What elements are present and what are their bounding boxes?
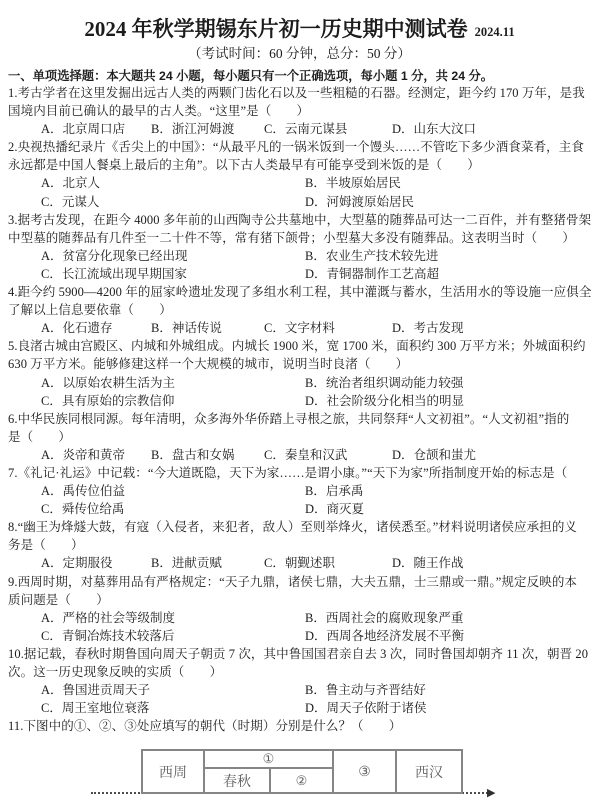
question-10-option-A: A．鲁国进贡周天子 bbox=[41, 681, 305, 699]
question-5-options-row: C．具有原始的宗教信仰D．社会阶级分化相当的明显 bbox=[8, 392, 591, 410]
question-1-text-line-2: 国境内目前已确认的最早的古人类。“这里”是（ ） bbox=[8, 102, 591, 120]
question-8-option-D: D．随王作战 bbox=[392, 554, 591, 572]
question-3-option-C: C．长江流域出现早期国家 bbox=[41, 265, 305, 283]
question-2-option-D: D．河姆渡原始居民 bbox=[305, 193, 591, 211]
question-5-options-row: A．以原始农耕生活为主B．统治者组织调动能力较强 bbox=[8, 374, 591, 392]
exam-page: 2024 年秋学期锡东片初一历史期中测试卷2024.11 （考试时间：60 分钟… bbox=[0, 0, 599, 808]
question-5-option-C: C．具有原始的宗教信仰 bbox=[41, 392, 305, 410]
question-2-text-line-2: 永远都是中国人餐桌上最后的主角”。以下古人类最早有可能享受到米饭的是（ ） bbox=[8, 156, 591, 174]
question-2-options-row: C．元谋人D．河姆渡原始居民 bbox=[8, 193, 591, 211]
timeline-arrow-icon: ▶ bbox=[487, 786, 495, 799]
question-9-text-line-1: 9.西周时期，对墓葬用品有严格规定：“天子九鼎，诸侯七鼎，大夫五鼎，士三鼎或一鼎… bbox=[8, 573, 591, 591]
question-4-text-line-2: 了解以上信息要依靠（ ） bbox=[8, 301, 591, 319]
question-4-option-C: C．文字材料 bbox=[264, 319, 392, 337]
question-1-option-D: D．山东大汶口 bbox=[392, 120, 591, 138]
timeline-box-xizhou: 西周 bbox=[141, 749, 205, 794]
question-9-option-D: D．西周各地经济发展不平衡 bbox=[305, 627, 591, 645]
question-3-text-line-1: 3.据考古发现，在距今 4000 多年前的山西陶寺公共墓地中，大型墓的随葬品可达… bbox=[8, 211, 591, 229]
question-3-options-row: A．贫富分化现象已经出现B．农业生产技术较先进 bbox=[8, 247, 591, 265]
question-7-option-A: A．禹传位伯益 bbox=[41, 482, 305, 500]
title-date: 2024.11 bbox=[475, 25, 515, 39]
question-7-option-C: C．舜传位给禹 bbox=[41, 500, 305, 518]
question-3-options-row: C．长江流域出现早期国家D．青铜器制作工艺高超 bbox=[8, 265, 591, 283]
question-4-option-B: B．神话传说 bbox=[151, 319, 264, 337]
question-7-options-row: A．禹传位伯益B．启承禹 bbox=[8, 482, 591, 500]
question-2-option-B: B．半坡原始居民 bbox=[305, 174, 591, 192]
question-6-options-row: A．炎帝和黄帝B．盘古和女娲C．秦皇和汉武D．仓颉和蚩尤 bbox=[8, 446, 591, 464]
question-10-option-D: D．周天子依附于诸侯 bbox=[305, 699, 591, 717]
question-2-option-C: C．元谋人 bbox=[41, 193, 305, 211]
question-9-text-line-2: 质问题是（ ） bbox=[8, 591, 591, 609]
question-8-option-C: C．朝觐述职 bbox=[264, 554, 392, 572]
timeline-cell-chunqiu: 春秋 bbox=[205, 769, 271, 792]
question-6-option-D: D．仓颉和蚩尤 bbox=[392, 446, 591, 464]
question-2-option-A: A．北京人 bbox=[41, 174, 305, 192]
question-4-option-D: D．考古发现 bbox=[392, 319, 591, 337]
title-text: 2024 年秋学期锡东片初一历史期中测试卷 bbox=[84, 17, 467, 41]
question-6-option-C: C．秦皇和汉武 bbox=[264, 446, 392, 464]
question-8-option-A: A．定期服役 bbox=[41, 554, 151, 572]
question-9-options-row: A．严格的社会等级制度B．西周社会的腐败现象严重 bbox=[8, 609, 591, 627]
timeline-label-xihan: 西汉 bbox=[415, 762, 443, 782]
question-7-text-line-1: 7.《礼记·礼运》中记载：“今大道既隐，天下为家……是谓小康。”“天下为家”所指… bbox=[8, 464, 591, 482]
question-9-option-C: C．青铜冶炼技术较落后 bbox=[41, 627, 305, 645]
question-8-text-line-1: 8.“幽王为烽燧大鼓，有寇（入侵者，来犯者，敌人）至则举烽火，诸侯悉至。”材料说… bbox=[8, 518, 591, 536]
timeline-label-xizhou: 西周 bbox=[159, 762, 187, 782]
question-11-text-line-1: 11.下图中的①、②、③处应填写的朝代（时期）分别是什么？（ ） bbox=[8, 717, 591, 735]
question-4-text-line-1: 4.距今约 5900—4200 年的屈家岭遗址发现了多组水利工程，其中灌溉与蓄水… bbox=[8, 283, 591, 301]
question-10-options-row: A．鲁国进贡周天子B．鲁主动与齐晋结好 bbox=[8, 681, 591, 699]
question-1-text-line-1: 1.考古学者在这里发掘出远古人类的两颗门齿化石以及一些粗糙的石器。经测定，距今约… bbox=[8, 84, 591, 102]
timeline-label-blank-3: ③ bbox=[358, 763, 371, 780]
question-4-options-row: A．化石遗存B．神话传说C．文字材料D．考古发现 bbox=[8, 319, 591, 337]
question-2-options-row: A．北京人B．半坡原始居民 bbox=[8, 174, 591, 192]
question-8-options-row: A．定期服役B．进献贡赋C．朝觐述职D．随王作战 bbox=[8, 554, 591, 572]
question-7-options-row: C．舜传位给禹D．商灭夏 bbox=[8, 500, 591, 518]
question-9-option-B: B．西周社会的腐败现象严重 bbox=[305, 609, 591, 627]
question-8-text-line-2: 务是（ ） bbox=[8, 536, 591, 554]
question-1-option-C: C．云南元谋县 bbox=[264, 120, 392, 138]
question-6-text-line-2: 是（ ） bbox=[8, 428, 591, 446]
timeline-box-middle: ① 春秋 ② bbox=[203, 749, 334, 794]
question-10-option-C: C．周王室地位衰落 bbox=[41, 699, 305, 717]
question-7-option-D: D．商灭夏 bbox=[305, 500, 591, 518]
question-5-option-B: B．统治者组织调动能力较强 bbox=[305, 374, 591, 392]
question-5-text-line-2: 630 万平方米。能够修建这样一个大规模的城市，说明当时良渚（ ） bbox=[8, 355, 591, 373]
question-7-option-B: B．启承禹 bbox=[305, 482, 591, 500]
question-10-option-B: B．鲁主动与齐晋结好 bbox=[305, 681, 591, 699]
question-5-option-D: D．社会阶级分化相当的明显 bbox=[305, 392, 591, 410]
timeline-cell-blank-1: ① bbox=[205, 751, 332, 769]
question-8-option-B: B．进献贡赋 bbox=[151, 554, 264, 572]
section-heading: 一、单项选择题：本大题共 24 小题，每小题只有一个正确选项，每小题 1 分，共… bbox=[8, 68, 591, 84]
timeline-middle-bottom-row: 春秋 ② bbox=[205, 769, 332, 792]
question-10-text-line-1: 10.据记载，春秋时期鲁国向周天子朝贡 7 次，其中鲁国国君亲自去 3 次，同时… bbox=[8, 645, 591, 663]
question-9-option-A: A．严格的社会等级制度 bbox=[41, 609, 305, 627]
question-6-text-line-1: 6.中华民族同根同源。每年清明，众多海外华侨踏上寻根之旅，共同祭拜“人文初祖”。… bbox=[8, 410, 591, 428]
question-10-options-row: C．周王室地位衰落D．周天子依附于诸侯 bbox=[8, 699, 591, 717]
question-1-options-row: A．北京周口店B．浙江河姆渡C．云南元谋县D．山东大汶口 bbox=[8, 120, 591, 138]
question-3-option-B: B．农业生产技术较先进 bbox=[305, 247, 591, 265]
question-1-option-A: A．北京周口店 bbox=[41, 120, 151, 138]
question-3-text-line-2: 中型墓的随葬品有几件至一二十件不等，常有猪下颌骨；小型墓大多没有随葬品。这表明当… bbox=[8, 229, 591, 247]
questions-list: 1.考古学者在这里发掘出远古人类的两颗门齿化石以及一些粗糙的石器。经测定，距今约… bbox=[8, 84, 591, 735]
question-5-option-A: A．以原始农耕生活为主 bbox=[41, 374, 305, 392]
question-5-text-line-1: 5.良渚古城由宫殿区、内城和外城组成。内城长 1900 米，宽 1700 米，面… bbox=[8, 337, 591, 355]
question-3-option-A: A．贫富分化现象已经出现 bbox=[41, 247, 305, 265]
page-title: 2024 年秋学期锡东片初一历史期中测试卷2024.11 bbox=[8, 14, 591, 44]
question-4-option-A: A．化石遗存 bbox=[41, 319, 151, 337]
question-10-text-line-2: 次。这一历史现象反映的实质（ ） bbox=[8, 663, 591, 681]
timeline-cell-blank-2: ② bbox=[271, 769, 332, 792]
question-6-option-B: B．盘古和女娲 bbox=[151, 446, 264, 464]
question-3-option-D: D．青铜器制作工艺高超 bbox=[305, 265, 591, 283]
question-9-options-row: C．青铜冶炼技术较落后D．西周各地经济发展不平衡 bbox=[8, 627, 591, 645]
timeline-box-blank-3: ③ bbox=[332, 749, 397, 794]
timeline-box-xihan: 西汉 bbox=[395, 749, 463, 794]
exam-info: （考试时间：60 分钟，总分：50 分） bbox=[8, 44, 591, 64]
timeline-diagram: ▶ 西周 ① 春秋 ② ③ 西汉 bbox=[8, 745, 591, 807]
question-1-option-B: B．浙江河姆渡 bbox=[151, 120, 264, 138]
question-2-text-line-1: 2.央视热播纪录片《舌尖上的中国》：“从最平凡的一锅米饭到一个馒头……不管吃下多… bbox=[8, 138, 591, 156]
question-6-option-A: A．炎帝和黄帝 bbox=[41, 446, 151, 464]
